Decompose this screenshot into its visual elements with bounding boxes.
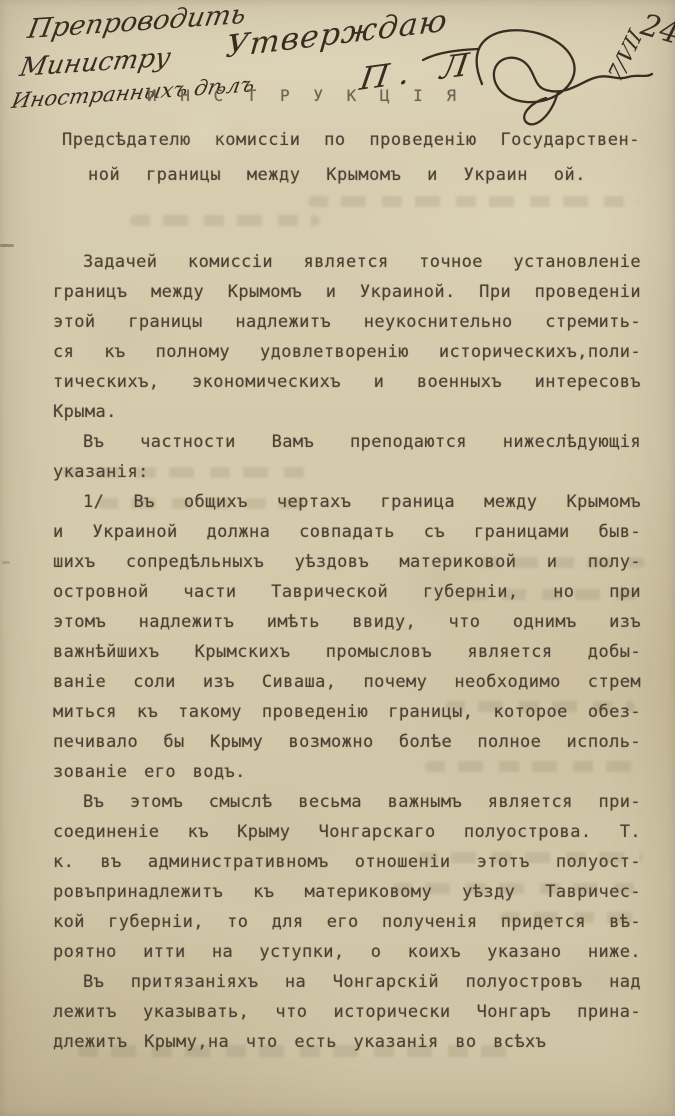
margin-mark [2, 561, 10, 564]
text-line: Препроводить [25, 0, 257, 45]
text-line: длежитъ Крыму,на что есть указанія во вс… [53, 1032, 641, 1062]
text-line: границъ между Крымомъ и Украиной. При пр… [53, 282, 641, 312]
text-line: лежитъ указывать, что исторически Чонгар… [53, 1002, 641, 1032]
text-line: важнѣйшихъ Крымскихъ промысловъ является… [53, 642, 641, 672]
text-line: тическихъ, экономическихъ и военныхъ инт… [53, 372, 641, 402]
document-page: ПрепроводитьМиниструИностранныхъ дѣлъ Ут… [0, 0, 675, 1116]
margin-mark [0, 244, 14, 247]
text-line: печивало бы Крыму возможно болѣе полное … [53, 732, 641, 762]
text-line: кой губерніи, то для его полученія приде… [53, 912, 641, 942]
text-line: Въ частности Вамъ преподаются нижеслѣдую… [53, 432, 641, 462]
text-line: миться къ такому проведенію границы, кот… [53, 702, 641, 732]
text-line: ся къ полному удовлетворенію исторически… [53, 342, 641, 372]
text-line: к. въ административномъ отношеніи этотъ … [53, 852, 641, 882]
text-line: зованіе его водъ. [53, 762, 641, 792]
text-line: Въ этомъ смыслѣ весьма важнымъ является … [53, 792, 641, 822]
text-line: ваніе соли изъ Сиваша, почему необходимо… [53, 672, 641, 702]
text-line: Крыма. [53, 402, 641, 432]
text-line: указанія: [53, 462, 641, 492]
bleedthrough-smudge [130, 215, 320, 226]
text-line: этой границы надлежитъ неукоснительно ст… [53, 312, 641, 342]
document-title: И Н С Т Р У К Ц І Я [95, 86, 515, 105]
text-line: и Украиной должна совпадать съ границами… [53, 522, 641, 552]
document-subtitle: Предсѣдателю комиссіи по проведенію Госу… [62, 130, 640, 200]
text-line: Задачей комиссіи является точное установ… [53, 252, 641, 282]
text-line: этомъ надлежитъ имѣть ввиду, что однимъ … [53, 612, 641, 642]
document-body: Задачей комиссіи является точное установ… [53, 252, 641, 1062]
text-line: шихъ сопредѣльныхъ уѣздовъ материковой и… [53, 552, 641, 582]
text-line: 1/ Въ общихъ чертахъ граница между Крымо… [53, 492, 641, 522]
text-line: Предсѣдателю комиссіи по проведенію Госу… [62, 130, 640, 165]
text-line: соединеніе къ Крыму Чонгарскаго полуостр… [53, 822, 641, 852]
text-line: ной границы между Крымомъ и Украин ой. [62, 165, 640, 200]
text-line: Въ притязаніяхъ на Чонгарскій полуостров… [53, 972, 641, 1002]
text-line: роятно итти на уступки, о коихъ указано … [53, 942, 641, 972]
text-line: ровъпринадлежитъ къ материковому уѣзду Т… [53, 882, 641, 912]
text-line: островной части Таврической губерніи, но… [53, 582, 641, 612]
